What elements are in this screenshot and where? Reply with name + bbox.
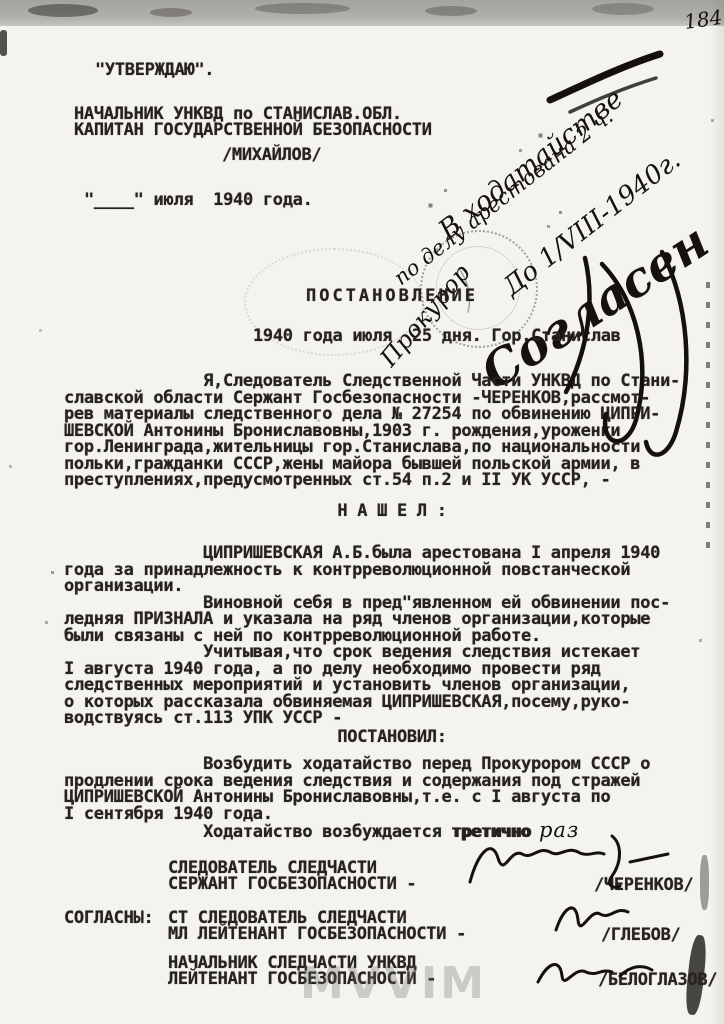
sig2-name: /ГЛЕБОВ/ xyxy=(601,927,680,944)
resolved-paragraph: Возбудить ходатайство перед Прокурором С… xyxy=(64,756,650,822)
scan-blotch xyxy=(700,855,709,910)
petition-count-emph: третично xyxy=(451,822,530,842)
scan-smudge xyxy=(592,3,654,15)
petition-count-line: Ходатайство возбуждается третичнораз xyxy=(64,822,579,841)
found-heading: Н А Ш Е Л : xyxy=(30,503,724,520)
handwritten-raz: раз xyxy=(539,818,579,842)
sig3-name: /БЕЛОГЛАЗОВ/ xyxy=(598,972,717,989)
sig1-role-line2: СЕРЖАНТ ГОСБЕЗОПАСНОСТИ - xyxy=(168,876,416,893)
scan-edge-mark xyxy=(0,30,7,56)
petition-count-text: Ходатайство возбуждается xyxy=(64,822,451,842)
scan-speckles xyxy=(0,0,1,1)
scan-smudge xyxy=(28,4,98,17)
handwritten-note-line3: Прокурор xyxy=(375,259,476,372)
approver-name: /МИХАЙЛОВ/ xyxy=(222,147,321,164)
intro-paragraph: Я,Следователь Следственной Части УНКВД п… xyxy=(64,373,680,489)
approver-title-line2: КАПИТАН ГОСУДАРСТВЕННОЙ БЕЗОПАСНОСТИ xyxy=(74,122,432,139)
doc-title: ПОСТАНОВЛЕНИЕ xyxy=(30,288,724,305)
scan-smudge xyxy=(255,3,350,14)
sig2-role-line2: МЛ ЛЕЙТЕНАНТ ГОСБЕЗОПАСНОСТИ - xyxy=(168,926,466,943)
scanned-document-page: 184 "УТВЕРЖДАЮ". НАЧАЛЬНИК УНКВД по СТАН… xyxy=(0,0,724,1024)
approve-label: "УТВЕРЖДАЮ". xyxy=(95,62,214,79)
found-paragraph: ЦИПРИШЕВСКАЯ А.Б.была арестована I апрел… xyxy=(64,545,670,727)
doc-dateline: 1940 года июля 25 дня. Гор.Станислав xyxy=(253,328,621,345)
scan-smudge xyxy=(150,8,192,17)
approval-date-line: "____" июля 1940 года. xyxy=(84,192,313,209)
signature-cherenkov xyxy=(470,849,604,882)
text-line: водствуясь ст.113 УПК УССР - xyxy=(64,710,670,727)
binding-dashes xyxy=(706,282,710,562)
scan-smudge xyxy=(425,6,477,16)
agree-label: СОГЛАСНЫ: xyxy=(64,910,153,927)
text-line: преступлениях,предусмотренных ст.54 п.2 … xyxy=(64,472,680,489)
sig1-name: /ЧЕРЕНКОВ/ xyxy=(594,877,693,894)
resolved-heading: ПОСТАНОВИЛ: xyxy=(30,729,724,746)
archive-watermark: MVVIM xyxy=(300,958,487,1009)
